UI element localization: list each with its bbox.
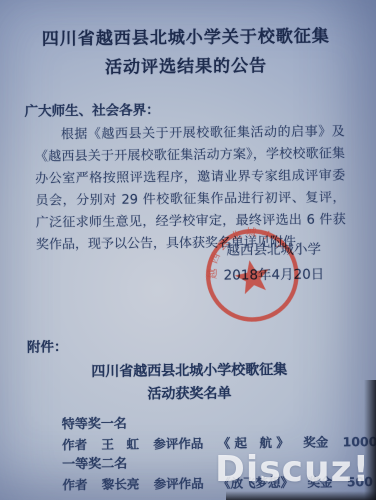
author-name: 黎长亮 xyxy=(102,477,140,492)
announcement-title: 四川省越西县北城小学关于校歌征集 活动评选结果的公告 xyxy=(0,22,374,84)
document-photo: 四川省越西县北城小学关于校歌征集 活动评选结果的公告 广大师生、社会各界： 根据… xyxy=(0,0,376,500)
attachment-label: 附件： xyxy=(27,332,376,356)
announcement-title-line2: 活动评选结果的公告 xyxy=(0,51,374,84)
photo-edge-bottom xyxy=(226,491,376,500)
entry-label: 参评作品 xyxy=(153,436,203,452)
author-label: 作者 xyxy=(62,437,87,452)
announcement-title-line1: 四川省越西县北城小学关于校歌征集 xyxy=(0,22,374,55)
salutation: 广大师生、社会各界： xyxy=(24,96,374,120)
author-label: 作者 xyxy=(62,477,87,492)
announcement-body: 根据《越西县关于开展校歌征集活动的启事》及《越西县关于开展校歌征集活动方案》，学… xyxy=(35,121,346,256)
entry-label: 参评作品 xyxy=(154,476,204,492)
discuz-watermark: Discuz! xyxy=(215,449,370,490)
attachment-title-line2: 活动获奖名单 xyxy=(1,381,376,408)
seal-star-icon xyxy=(233,257,273,295)
author-name: 王 虹 xyxy=(101,437,139,452)
official-seal: 越西县北城小学 xyxy=(196,219,308,331)
document-content: 四川省越西县北城小学关于校歌征集 活动评选结果的公告 广大师生、社会各界： 根据… xyxy=(0,0,376,500)
attachment-title: 四川省越西县北城小学校歌征集 活动获奖名单 xyxy=(1,358,376,408)
prize-label: 奖金 xyxy=(303,435,328,450)
